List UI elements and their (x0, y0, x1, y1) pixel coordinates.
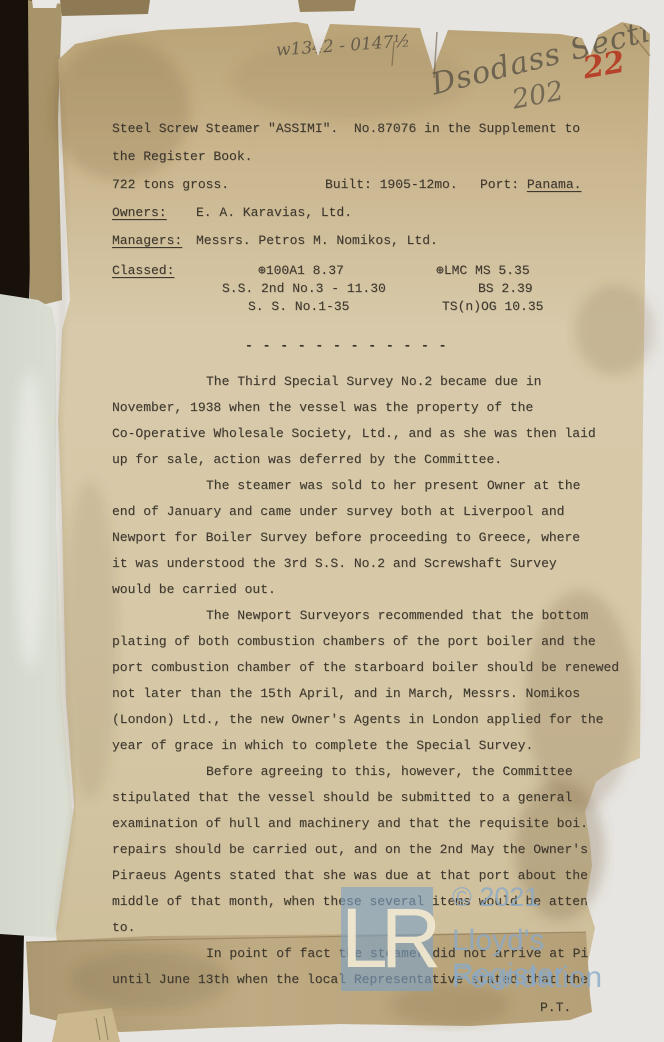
typed-line: until June 13th when the local Represent… (112, 972, 617, 998)
typed-line: Newport for Boiler Survey before proceed… (112, 530, 617, 556)
vessel-title-line: Steel Screw Steamer "ASSIMI". No.87076 i… (112, 121, 580, 137)
typed-line: Co-Operative Wholesale Society, Ltd., an… (112, 426, 617, 452)
typed-line: In point of fact the steamer did not arr… (112, 946, 617, 972)
built-info: Built: 1905-12mo. (325, 177, 458, 193)
top-stub-2 (298, 0, 356, 12)
typed-line: The Third Special Survey No.2 became due… (112, 374, 617, 400)
left-paper-stub (28, 0, 62, 308)
class-notation: ⊕LMC MS 5.35 (436, 263, 530, 279)
typed-line: to. (112, 920, 617, 946)
owners-value: E. A. Karavias, Ltd. (196, 205, 352, 221)
owners-label: Owners: (112, 205, 167, 221)
typed-line: year of grace in which to complete the S… (112, 738, 617, 764)
typed-line: not later than the 15th April, and in Ma… (112, 686, 617, 712)
typed-line: (London) Ltd., the new Owner's Agents in… (112, 712, 617, 738)
classed-label: Classed: (112, 263, 174, 279)
typed-line: up for sale, action was deferred by the … (112, 452, 617, 478)
top-stub-1 (60, 0, 150, 16)
typed-line: end of January and came under survey bot… (112, 504, 617, 530)
vessel-title-line2: the Register Book. (112, 149, 252, 165)
scanned-document-page: w1342 - 0147½ Dsodass Section 202 22 Ste… (0, 0, 664, 1042)
top-white-sliver (32, 0, 58, 8)
typed-line: repairs should be carried out, and on th… (112, 842, 617, 868)
class-notation: S.S. 2nd No.3 - 11.30 (222, 281, 386, 297)
typed-line: November, 1938 when the vessel was the p… (112, 400, 617, 426)
typed-line: Piraeus Agents stated that she was due a… (112, 868, 617, 894)
tonnage: 722 tons gross. (112, 177, 229, 193)
class-notation: ⊕100A1 8.37 (258, 263, 344, 279)
handwritten-reference-number: w1342 - 0147½ (275, 31, 410, 60)
typed-line: it was understood the 3rd S.S. No.2 and … (112, 556, 617, 582)
typed-line: port combustion chamber of the starboard… (112, 660, 617, 686)
class-notation: BS 2.39 (478, 281, 533, 297)
managers-label: Managers: (112, 233, 182, 249)
class-notation: TS(n)OG 10.35 (442, 299, 543, 315)
class-notation: S. S. No.1-35 (248, 299, 349, 315)
dashed-separator: - - - - - - - - - - - - (245, 338, 447, 354)
port-info: Port: Panama. (480, 177, 581, 193)
page-turn-mark: P.T. (540, 1000, 571, 1016)
typed-line: plating of both combustion chambers of t… (112, 634, 617, 660)
handwritten-red-mark: 22 (580, 45, 627, 87)
black-backing-bottom-left (0, 930, 24, 1042)
typed-line: The Newport Surveyors recommended that t… (112, 608, 617, 634)
typed-line: examination of hull and machinery and th… (112, 816, 617, 842)
typed-line: Before agreeing to this, however, the Co… (112, 764, 617, 790)
report-body: The Third Special Survey No.2 became due… (112, 374, 617, 998)
managers-value: Messrs. Petros M. Nomikos, Ltd. (196, 233, 438, 249)
typed-line: would be carried out. (112, 582, 617, 608)
typed-line: The steamer was sold to her present Owne… (112, 478, 617, 504)
typed-line: middle of that month, when these several… (112, 894, 617, 920)
typed-line: stipulated that the vessel should be sub… (112, 790, 617, 816)
document-content: w1342 - 0147½ Dsodass Section 202 22 Ste… (0, 0, 664, 1042)
